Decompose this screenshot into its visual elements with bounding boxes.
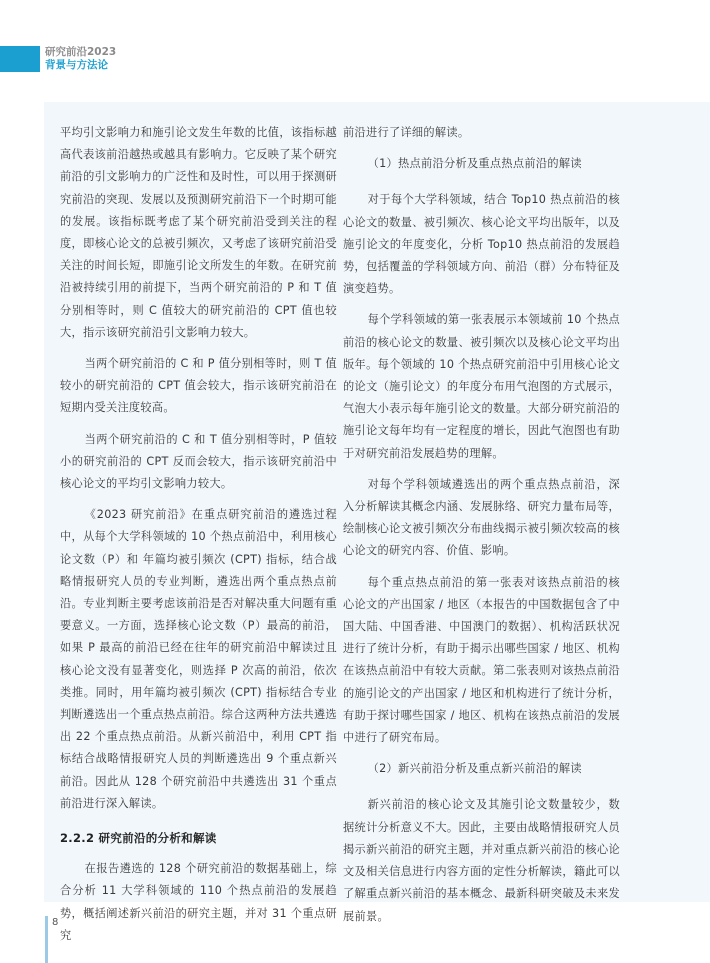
running-header: 研究前沿2023 背景与方法论 (45, 46, 116, 72)
paragraph: 平均引文影响力和施引论文发生年数的比值，该指标越高代表该前沿越热或越具有影响力。… (60, 122, 337, 344)
section-heading: 2.2.2 研究前沿的分析和解读 (60, 827, 337, 849)
paragraph: 对于每个大学科领域，结合 Top10 热点前沿的核心论文的数量、被引频次、核心论… (343, 189, 620, 300)
publication-title: 研究前沿2023 (45, 46, 116, 59)
chapter-title: 背景与方法论 (45, 59, 116, 72)
right-column: 前沿进行了详细的解读。 （1）热点前沿分析及重点热点前沿的解读 对于每个大学科领… (343, 122, 620, 937)
paragraph: 对每个学科领域遴选出的两个重点热点前沿，深入分析解读其概念内涵、发展脉络、研究力… (343, 474, 620, 563)
subsection-heading: （1）热点前沿分析及重点热点前沿的解读 (343, 153, 620, 175)
paragraph: 新兴前沿的核心论文及其施引论文数量较少，数据统计分析意义不大。因此，主要由战略情… (343, 794, 620, 927)
paragraph: 前沿进行了详细的解读。 (343, 122, 620, 144)
left-column: 平均引文影响力和施引论文发生年数的比值，该指标越高代表该前沿越热或越具有影响力。… (60, 122, 337, 956)
paragraph: 当两个研究前沿的 C 和 P 值分别相等时，则 T 值较小的研究前沿的 CPT … (60, 353, 337, 420)
paragraph: 当两个研究前沿的 C 和 T 值分别相等时，P 值较小的研究前沿的 CPT 反而… (60, 429, 337, 496)
footer-accent-bar (45, 916, 48, 963)
paragraph: 每个学科领域的第一张表展示本领域前 10 个热点前沿的核心论文的数量、被引频次以… (343, 309, 620, 464)
paragraph: 《2023 研究前沿》在重点研究前沿的遴选过程中，从每个大学科领域的 10 个热… (60, 504, 337, 815)
paragraph: 在报告遴选的 128 个研究前沿的数据基础上，综合分析 11 大学科领域的 11… (60, 858, 337, 947)
paragraph: 每个重点热点前沿的第一张表对该热点前沿的核心论文的产出国家 / 地区（本报告的中… (343, 572, 620, 750)
page-number: 8 (52, 917, 58, 928)
subsection-heading: （2）新兴前沿分析及重点新兴前沿的解读 (343, 758, 620, 780)
header-color-block (0, 46, 40, 72)
